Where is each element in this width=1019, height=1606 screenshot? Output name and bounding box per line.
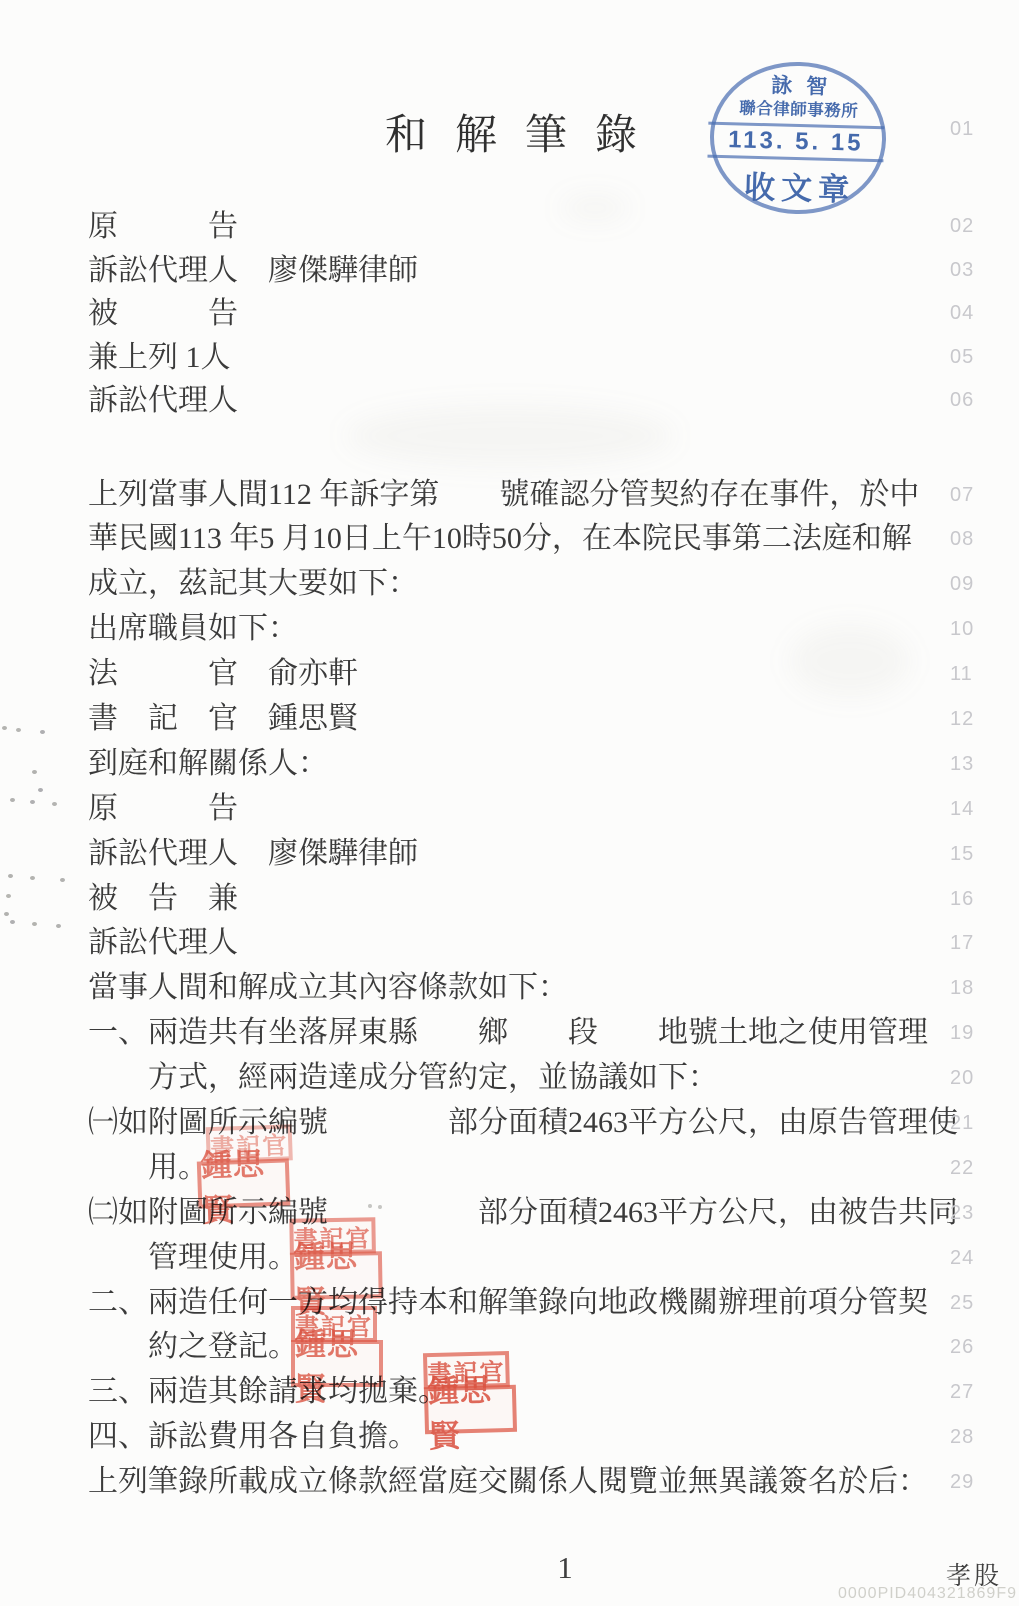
line-number: 25 xyxy=(950,1281,990,1326)
line-number: 13 xyxy=(950,742,990,787)
clerk-seal: 書記官 鍾思賢 xyxy=(196,1124,291,1208)
document-line: 兼上列 1人05 xyxy=(88,336,990,380)
document-line: 一、兩造共有坐落屏東縣 鄉 段 地號土地之使用管理19 xyxy=(88,1011,990,1056)
document-line: 三、兩造其餘請求均拋棄。27 xyxy=(88,1370,990,1415)
line-number: 15 xyxy=(950,832,990,877)
line-number: 16 xyxy=(950,877,990,922)
page-number: 1 xyxy=(545,1550,585,1586)
document-line: 成立，茲記其大要如下：09 xyxy=(88,562,990,607)
ink-bleed-marks xyxy=(2,726,72,931)
document-line: 方式，經兩造達成分管約定，並協議如下：20 xyxy=(88,1056,990,1101)
document-line: 被 告04 xyxy=(88,292,990,336)
document-line: 原 告14 xyxy=(88,787,990,832)
document-line: 訴訟代理人 廖傑驊律師03 xyxy=(88,249,990,293)
line-text: 上列筆錄所載成立條款經當庭交關係人閱覽並無異議簽名於后： xyxy=(88,1460,928,1505)
line-text: 四、訴訟費用各自負擔。 xyxy=(88,1415,418,1460)
line-text: 訴訟代理人 廖傑驊律師 xyxy=(88,832,418,877)
document-line: 書 記 官 鍾思賢12 xyxy=(88,697,990,742)
document-line: 當事人間和解成立其內容條款如下：18 xyxy=(88,966,990,1011)
clerk-seal: 書記官 鍾思賢 xyxy=(423,1351,517,1434)
line-text: 約之登記。 xyxy=(88,1325,298,1370)
document-line: 上列當事人間112 年訴字第 號確認分管契約存在事件，於中07 xyxy=(88,473,990,518)
document-line: 約之登記。26 xyxy=(88,1325,990,1370)
document-line: 管理使用。24 xyxy=(88,1236,990,1281)
line-text: 訴訟代理人 xyxy=(88,379,238,423)
line-number: 14 xyxy=(950,787,990,832)
document-line: 四、訴訟費用各自負擔。28 xyxy=(88,1415,990,1460)
line-text: 成立，茲記其大要如下： xyxy=(88,562,418,607)
line-text: 用。 xyxy=(88,1146,208,1191)
document-line: 二、兩造任何一方均得持本和解筆錄向地政機關辦理前項分管契25 xyxy=(88,1281,990,1326)
stamp-receipt-label: 收文章 xyxy=(738,158,856,211)
clerk-seal-name: 鍾思賢 xyxy=(424,1385,517,1434)
document-line: 華民國113 年5 月10日上午10時50分，在本院民事第二法庭和解08 xyxy=(88,517,990,562)
line-number: 11 xyxy=(950,652,990,697)
stamp-office-name-top: 詠智 xyxy=(757,71,842,101)
stamp-office-name-bottom: 聯合律師事務所 xyxy=(739,98,859,123)
line-text: 書 記 官 鍾思賢 xyxy=(88,697,358,742)
document-line: 訴訟代理人 廖傑驊律師15 xyxy=(88,832,990,877)
line-number: 21 xyxy=(950,1101,990,1146)
line-number: 08 xyxy=(950,517,990,562)
clerk-seal-name: 鍾思賢 xyxy=(197,1158,291,1208)
line-text: 三、兩造其餘請求均拋棄。 xyxy=(88,1370,448,1415)
document-line: 原 告02 xyxy=(88,205,990,249)
document-line: 被 告 兼16 xyxy=(88,877,990,922)
line-number: 17 xyxy=(950,921,990,966)
clerk-seal-name: 鍾思賢 xyxy=(291,1340,383,1387)
line-number: 04 xyxy=(950,292,990,336)
settlement-record-page: 和解筆錄01原 告02訴訟代理人 廖傑驊律師03被 告04兼上列 1人05訴訟代… xyxy=(0,0,1019,1606)
line-number: 07 xyxy=(950,473,990,518)
line-text: 二、兩造任何一方均得持本和解筆錄向地政機關辦理前項分管契 xyxy=(88,1281,928,1326)
line-number: 19 xyxy=(950,1011,990,1056)
line-number: 23 xyxy=(950,1191,990,1236)
line-text: 方式，經兩造達成分管約定，並協議如下： xyxy=(88,1056,718,1101)
clerk-seal: 書記官 鍾思賢 xyxy=(289,1217,382,1300)
line-number: 12 xyxy=(950,697,990,742)
line-number: 27 xyxy=(950,1370,990,1415)
document-body: 和解筆錄01原 告02訴訟代理人 廖傑驊律師03被 告04兼上列 1人05訴訟代… xyxy=(88,95,990,1505)
line-text: 兼上列 1人 xyxy=(88,336,231,380)
line-number: 26 xyxy=(950,1325,990,1370)
line-number: 03 xyxy=(950,249,990,293)
line-text: 法 官 俞亦軒 xyxy=(88,652,358,697)
document-line: 出席職員如下：10 xyxy=(88,607,990,652)
line-number: 02 xyxy=(950,205,990,249)
line-number: 09 xyxy=(950,562,990,607)
clerk-seal-name: 鍾思賢 xyxy=(290,1251,383,1300)
line-number: 20 xyxy=(950,1056,990,1101)
line-text: 出席職員如下： xyxy=(88,607,298,652)
line-number: 29 xyxy=(950,1460,990,1505)
line-number: 10 xyxy=(950,607,990,652)
line-text: 上列當事人間112 年訴字第 號確認分管契約存在事件，於中 xyxy=(88,473,919,518)
line-text: 一、兩造共有坐落屏東縣 鄉 段 地號土地之使用管理 xyxy=(88,1011,928,1056)
document-line: 訴訟代理人17 xyxy=(88,921,990,966)
line-text: 原 告 xyxy=(88,205,238,249)
document-line: 上列筆錄所載成立條款經當庭交關係人閱覽並無異議簽名於后：29 xyxy=(88,1460,990,1505)
line-number: 22 xyxy=(950,1146,990,1191)
line-number: 28 xyxy=(950,1415,990,1460)
line-text: 到庭和解關係人： xyxy=(88,742,328,787)
line-number: 01 xyxy=(950,95,990,163)
line-text: 原 告 xyxy=(88,787,238,832)
document-title: 和解筆錄 xyxy=(88,95,665,177)
clerk-seal: 書記官 鍾思賢 xyxy=(291,1306,383,1387)
document-line: 法 官 俞亦軒11 xyxy=(88,652,990,697)
line-text: 華民國113 年5 月10日上午10時50分，在本院民事第二法庭和解 xyxy=(88,517,912,562)
line-number: 18 xyxy=(950,966,990,1011)
document-line: 訴訟代理人06 xyxy=(88,379,990,423)
line-number: 06 xyxy=(950,379,990,423)
watermark-code: 0000PID404321869F9 xyxy=(838,1585,1017,1603)
document-line: 到庭和解關係人：13 xyxy=(88,742,990,787)
line-text: 訴訟代理人 廖傑驊律師 xyxy=(88,249,418,293)
line-text: 被 告 xyxy=(88,292,238,336)
line-text: 被 告 兼 xyxy=(88,877,238,922)
stamp-date: 113. 5. 15 xyxy=(707,122,884,163)
line-text: 管理使用。 xyxy=(88,1236,298,1281)
line-number: 24 xyxy=(950,1236,990,1281)
line-text: 訴訟代理人 xyxy=(88,921,238,966)
line-text: 當事人間和解成立其內容條款如下： xyxy=(88,966,568,1011)
line-number: 05 xyxy=(950,336,990,380)
